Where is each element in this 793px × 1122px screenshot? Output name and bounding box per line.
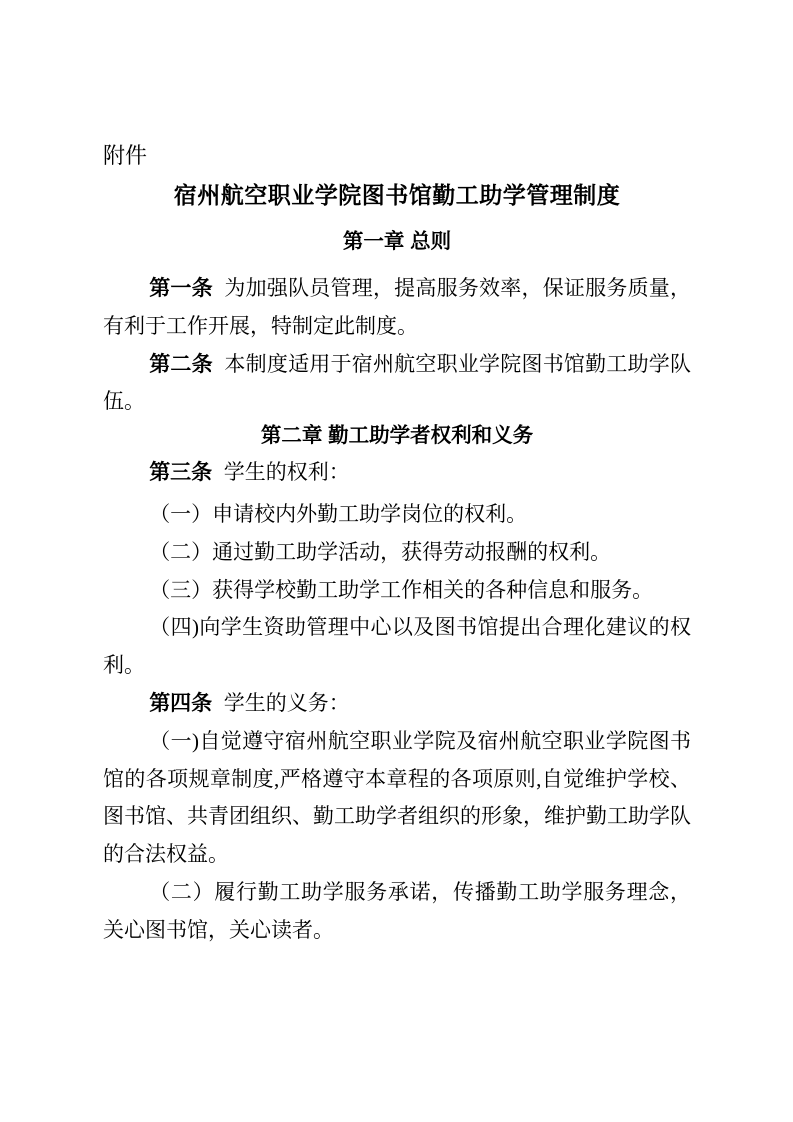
article-1-paragraph: 第一条为加强队员管理，提高服务效率，保证服务质量，有利于工作开展，特制定此制度。 <box>103 270 691 346</box>
article-4-text: 学生的义务： <box>224 691 350 715</box>
article-1-number: 第一条 <box>149 276 213 300</box>
document-content: 附件 宿州航空职业学院图书馆勤工助学管理制度 第一章 总则 第一条为加强队员管理… <box>0 0 793 950</box>
article-3-text: 学生的权利： <box>224 460 350 484</box>
article-2-paragraph: 第二条本制度适用于宿州航空职业学院图书馆勤工助学队伍。 <box>103 346 691 422</box>
attachment-label: 附件 <box>103 137 691 175</box>
article-4-item-2: （二）履行勤工助学服务承诺，传播勤工助学服务理念，关心图书馆，关心读者。 <box>103 874 691 950</box>
chapter-2-heading: 第二章 勤工助学者权利和义务 <box>103 423 691 449</box>
document-page: 附件 宿州航空职业学院图书馆勤工助学管理制度 第一章 总则 第一条为加强队员管理… <box>0 0 793 1122</box>
article-3-item-3: （三）获得学校勤工助学工作相关的各种信息和服务。 <box>103 572 691 610</box>
article-3-item-1: （一）申请校内外勤工助学岗位的权利。 <box>103 496 691 534</box>
article-4-number: 第四条 <box>149 691 212 715</box>
article-4-paragraph: 第四条学生的义务： <box>103 685 691 723</box>
article-3-number: 第三条 <box>149 460 212 484</box>
chapter-1-heading: 第一章 总则 <box>103 229 691 255</box>
article-3-paragraph: 第三条学生的权利： <box>103 454 691 492</box>
article-3-item-4: （四)向学生资助管理中心以及图书馆提出合理化建议的权利。 <box>103 609 691 685</box>
document-title: 宿州航空职业学院图书馆勤工助学管理制度 <box>103 181 691 211</box>
article-2-number: 第二条 <box>149 352 213 376</box>
article-3-item-2: （二）通过勤工助学活动，获得劳动报酬的权利。 <box>103 534 691 572</box>
article-4-item-1: （一)自觉遵守宿州航空职业学院及宿州航空职业学院图书馆的各项规章制度,严格遵守本… <box>103 723 691 874</box>
